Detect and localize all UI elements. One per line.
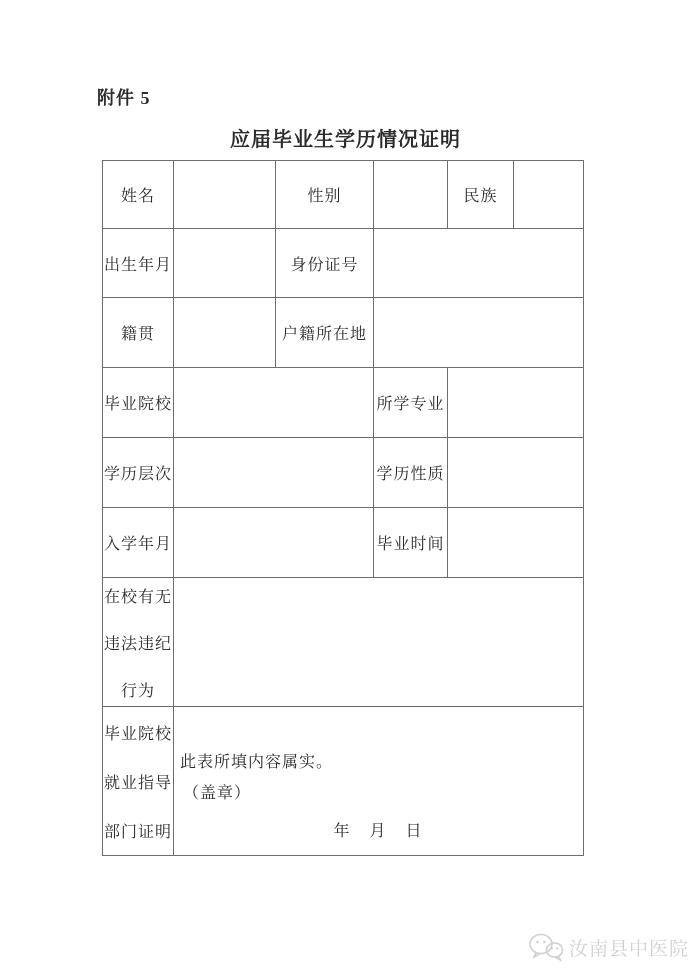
birth-date-label-cell: 出生年月 (103, 229, 174, 298)
certification-content-cell: 此表所填内容属实。 （盖章） 年 月 日 (174, 707, 584, 856)
household-location-label-cell: 户籍所在地 (276, 298, 374, 368)
education-level-value-cell (174, 438, 374, 508)
document-title: 应届毕业生学历情况证明 (0, 123, 691, 152)
certification-label-line2: 就业指导 (104, 770, 172, 793)
graduation-school-label-cell: 毕业院校 (103, 368, 174, 438)
graduation-time-value-cell (448, 508, 584, 578)
major-value-cell (448, 368, 584, 438)
graduation-school-value-cell (174, 368, 374, 438)
violations-label-line1: 在校有无 (104, 584, 172, 607)
certification-date-line: 年 月 日 (174, 821, 583, 843)
education-nature-label-cell: 学历性质 (374, 438, 448, 508)
row-violations: 在校有无 违法违纪 行为 (103, 578, 584, 707)
gender-label-cell: 性别 (276, 161, 374, 229)
row-school-major: 毕业院校 所学专业 (103, 368, 584, 438)
education-level-label-cell: 学历层次 (103, 438, 174, 508)
ethnicity-value-cell (514, 161, 584, 229)
row-enroll-graduate: 入学年月 毕业时间 (103, 508, 584, 578)
certification-label-line1: 毕业院校 (104, 721, 172, 744)
ethnicity-label-cell: 民族 (448, 161, 514, 229)
certification-statement: 此表所填内容属实。 (180, 752, 583, 774)
violations-label-line2: 违法违纪 (104, 631, 172, 654)
row-level-nature: 学历层次 学历性质 (103, 438, 584, 508)
wechat-icon (528, 931, 564, 963)
name-label-cell: 姓名 (103, 161, 174, 229)
id-number-value-cell (374, 229, 584, 298)
certification-seal-note: （盖章） (183, 783, 583, 805)
certification-label-cell: 毕业院校 就业指导 部门证明 (103, 707, 174, 856)
graduation-time-label-cell: 毕业时间 (374, 508, 448, 578)
document-page: 附件 5 应届毕业生学历情况证明 姓名 性别 民族 出生年月 身份证号 (0, 0, 691, 977)
id-number-label-cell: 身份证号 (276, 229, 374, 298)
violations-label-line3: 行为 (121, 678, 155, 701)
native-place-value-cell (174, 298, 276, 368)
name-value-cell (174, 161, 276, 229)
education-nature-value-cell (448, 438, 584, 508)
certification-label-line3: 部门证明 (104, 819, 172, 842)
attachment-label: 附件 5 (97, 84, 151, 110)
violations-label-cell: 在校有无 违法违纪 行为 (103, 578, 174, 707)
watermark-text: 汝南县中医院 (569, 934, 689, 961)
row-native-household: 籍贯 户籍所在地 (103, 298, 584, 368)
enrollment-date-label-cell: 入学年月 (103, 508, 174, 578)
household-location-value-cell (374, 298, 584, 368)
birth-date-value-cell (174, 229, 276, 298)
row-birth-id: 出生年月 身份证号 (103, 229, 584, 298)
major-label-cell: 所学专业 (374, 368, 448, 438)
row-name-gender-ethnicity: 姓名 性别 民族 (103, 161, 584, 229)
form-table: 姓名 性别 民族 出生年月 身份证号 籍贯 户籍所在地 毕业院校 (102, 160, 584, 856)
enrollment-date-value-cell (174, 508, 374, 578)
native-place-label-cell: 籍贯 (103, 298, 174, 368)
watermark: 汝南县中医院 (528, 931, 689, 963)
violations-value-cell (174, 578, 584, 707)
row-certification: 毕业院校 就业指导 部门证明 此表所填内容属实。 （盖章） 年 月 日 (103, 707, 584, 856)
gender-value-cell (374, 161, 448, 229)
